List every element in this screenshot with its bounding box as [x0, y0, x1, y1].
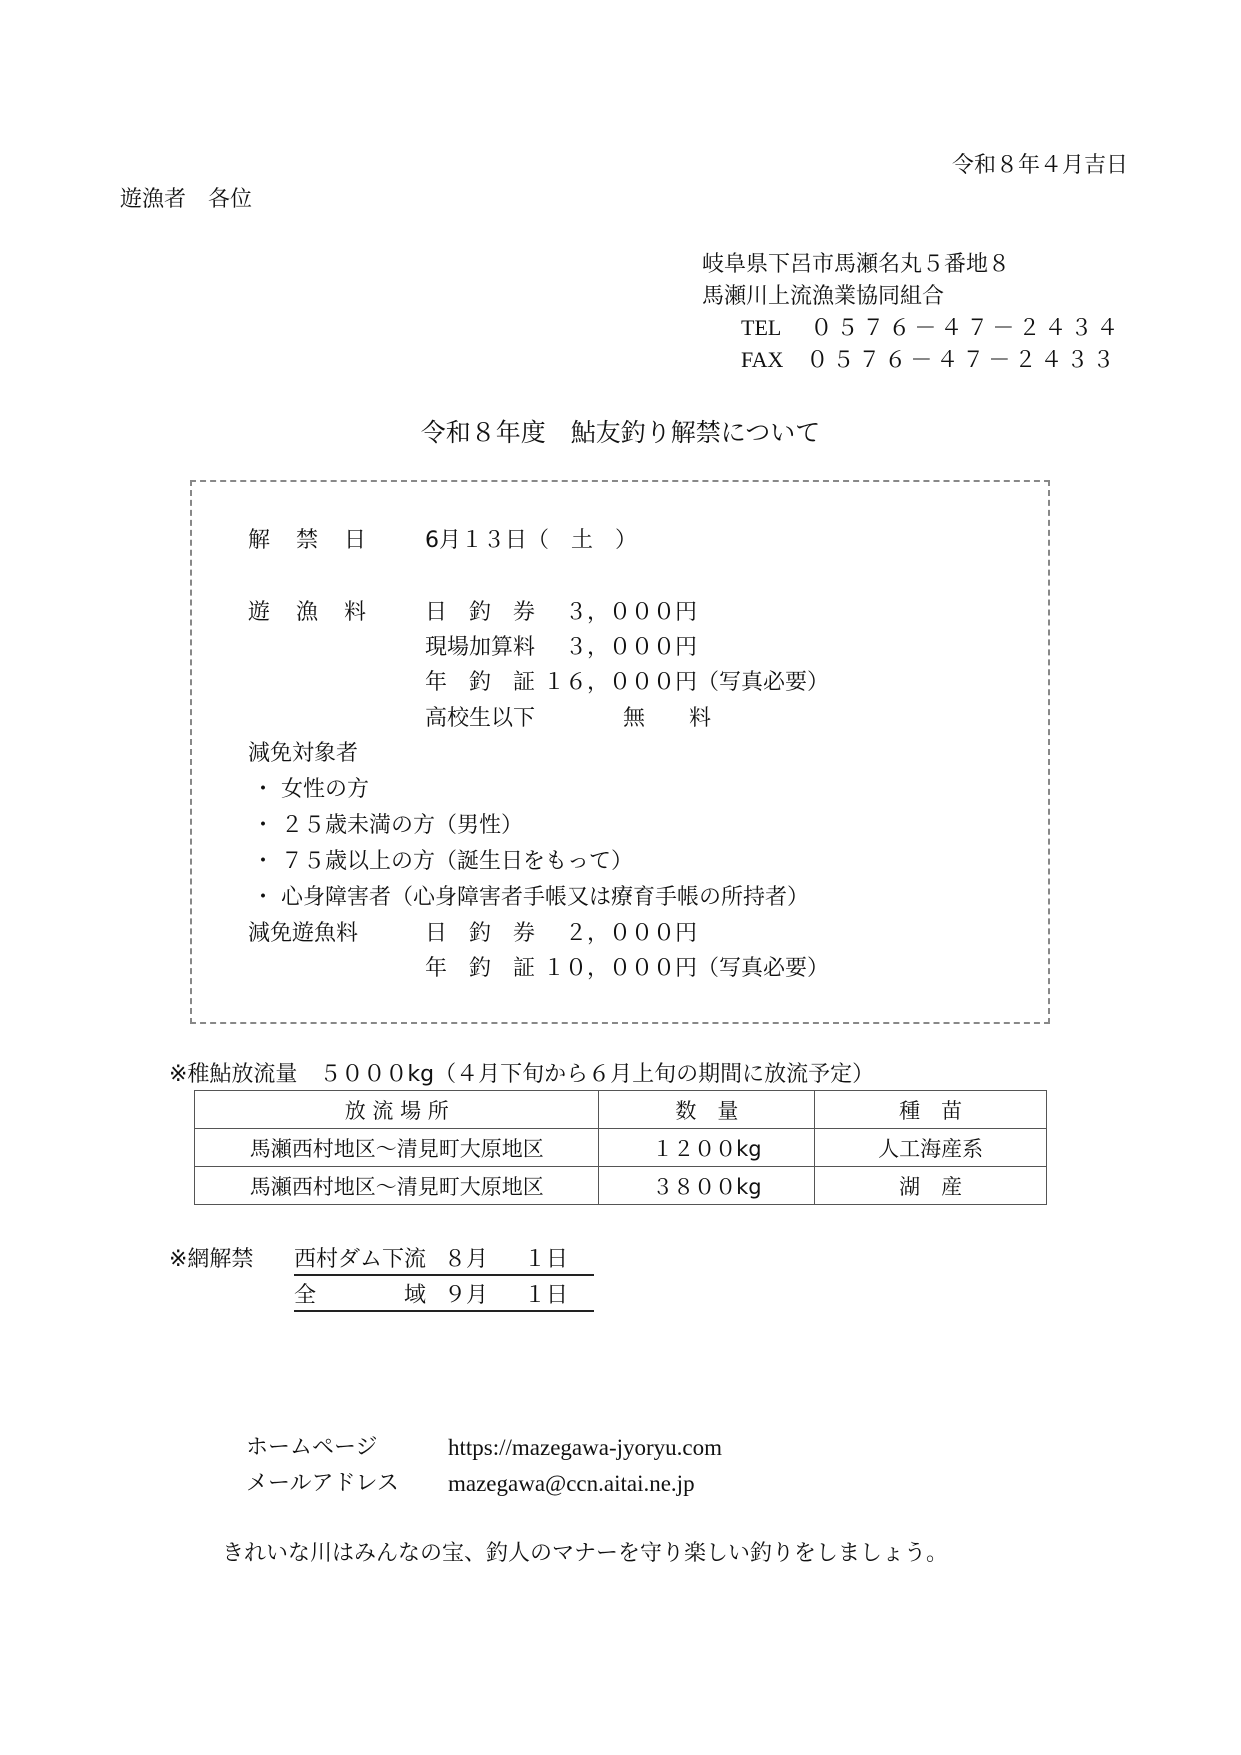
- table-header: 種 苗: [815, 1091, 1047, 1129]
- net-area: 全 域: [294, 1282, 444, 1310]
- fee-name: 年 釣 証: [425, 955, 543, 983]
- discount-target: ・ ７５歳以上の方（誕生日をもって）: [252, 848, 633, 876]
- recipient: 遊漁者 各位: [120, 186, 252, 214]
- fee-name: 日 釣 券: [425, 920, 565, 948]
- table-row: 馬瀬西村地区～清見町大原地区 １２００kg 人工海産系: [195, 1129, 1047, 1167]
- table-cell-amount: ３８００kg: [599, 1167, 815, 1205]
- discount-target: ・ 心身障害者（心身障害者手帳又は療育手帳の所持者）: [252, 884, 809, 912]
- table-cell-location: 馬瀬西村地区～清見町大原地区: [195, 1129, 599, 1167]
- tel-number: ０５７６－４７－２４３４: [810, 316, 1122, 341]
- net-day: １日: [524, 1283, 568, 1308]
- opening-value: 6月１３日（ 土 ）: [425, 527, 637, 555]
- release-table: 放 流 場 所 数 量 種 苗 馬瀬西村地区～清見町大原地区 １２００kg 人工…: [194, 1090, 1047, 1205]
- discount-target: ・ 女性の方: [252, 776, 369, 804]
- net-month: ８月: [444, 1246, 524, 1274]
- net-area: 西村ダム下流: [294, 1246, 444, 1274]
- opening-label: 解 禁 日: [248, 527, 368, 555]
- sender-address: 岐阜県下呂市馬瀬名丸５番地８: [702, 251, 1010, 279]
- fee-price: １０，０００円: [543, 956, 697, 981]
- net-label: ※網解禁: [169, 1246, 253, 1274]
- tel-line: TEL ０５７６－４７－２４３４: [741, 314, 1122, 343]
- fee-price: 無 料: [623, 706, 711, 731]
- closing-message: きれいな川はみんなの宝、釣人のマナーを守り楽しい釣りをしましょう。: [222, 1540, 948, 1568]
- fax-label: FAX: [741, 347, 783, 372]
- discount-fee-row: 日 釣 券２，０００円: [425, 920, 697, 948]
- mail-link[interactable]: mazegawa@ccn.aitai.ne.jp: [448, 1470, 695, 1498]
- fee-row: 現場加算料３，０００円: [425, 634, 697, 662]
- mail-label: メールアドレス: [246, 1470, 399, 1498]
- fax-number: ０５７６－４７－２４３３: [806, 348, 1118, 373]
- table-header: 放 流 場 所: [195, 1091, 599, 1129]
- fee-name: 年 釣 証: [425, 669, 543, 697]
- net-month: ９月: [444, 1282, 524, 1310]
- homepage-link[interactable]: https://mazegawa-jyoryu.com: [448, 1434, 722, 1462]
- discount-heading: 減免対象者: [248, 740, 358, 768]
- table-row: 馬瀬西村地区～清見町大原地区 ３８００kg 湖 産: [195, 1167, 1047, 1205]
- table-cell-seed: 人工海産系: [815, 1129, 1047, 1167]
- fee-row: 高校生以下無 料: [425, 705, 711, 733]
- fee-price: ３，０００円: [565, 600, 697, 625]
- discount-target: ・ ２５歳未満の方（男性）: [252, 812, 523, 840]
- table-cell-location: 馬瀬西村地区～清見町大原地区: [195, 1167, 599, 1205]
- table-cell-amount: １２００kg: [599, 1129, 815, 1167]
- table-cell-seed: 湖 産: [815, 1167, 1047, 1205]
- fee-name: 現場加算料: [425, 634, 565, 662]
- table-header: 数 量: [599, 1091, 815, 1129]
- fee-row: 日 釣 券３，０００円: [425, 599, 697, 627]
- net-row: 西村ダム下流８月１日: [294, 1246, 594, 1276]
- fee-label: 遊 漁 料: [248, 599, 368, 627]
- discount-fee-label: 減免遊魚料: [248, 920, 358, 948]
- page-title: 令和８年度 鮎友釣り解禁について: [0, 418, 1241, 448]
- release-summary: ※稚鮎放流量 ５０００kg（４月下旬から６月上旬の期間に放流予定）: [169, 1061, 874, 1089]
- fee-note: （写真必要）: [697, 956, 829, 981]
- tel-label: TEL: [741, 315, 781, 340]
- fee-name: 日 釣 券: [425, 599, 565, 627]
- net-row: 全 域９月１日: [294, 1282, 594, 1312]
- fee-price: １６，０００円: [543, 670, 697, 695]
- fee-note: （写真必要）: [697, 670, 829, 695]
- table-header-row: 放 流 場 所 数 量 種 苗: [195, 1091, 1047, 1129]
- fee-name: 高校生以下: [425, 705, 623, 733]
- net-day: １日: [524, 1247, 568, 1272]
- document-date: 令和８年４月吉日: [952, 152, 1128, 180]
- fee-price: ３，０００円: [565, 635, 697, 660]
- fee-row: 年 釣 証１６，０００円（写真必要）: [425, 669, 829, 697]
- homepage-label: ホームページ: [246, 1434, 378, 1462]
- fee-price: ２，０００円: [565, 921, 697, 946]
- fax-line: FAX ０５７６－４７－２４３３: [741, 346, 1118, 375]
- discount-fee-row: 年 釣 証１０，０００円（写真必要）: [425, 955, 829, 983]
- sender-organization: 馬瀬川上流漁業協同組合: [702, 283, 944, 311]
